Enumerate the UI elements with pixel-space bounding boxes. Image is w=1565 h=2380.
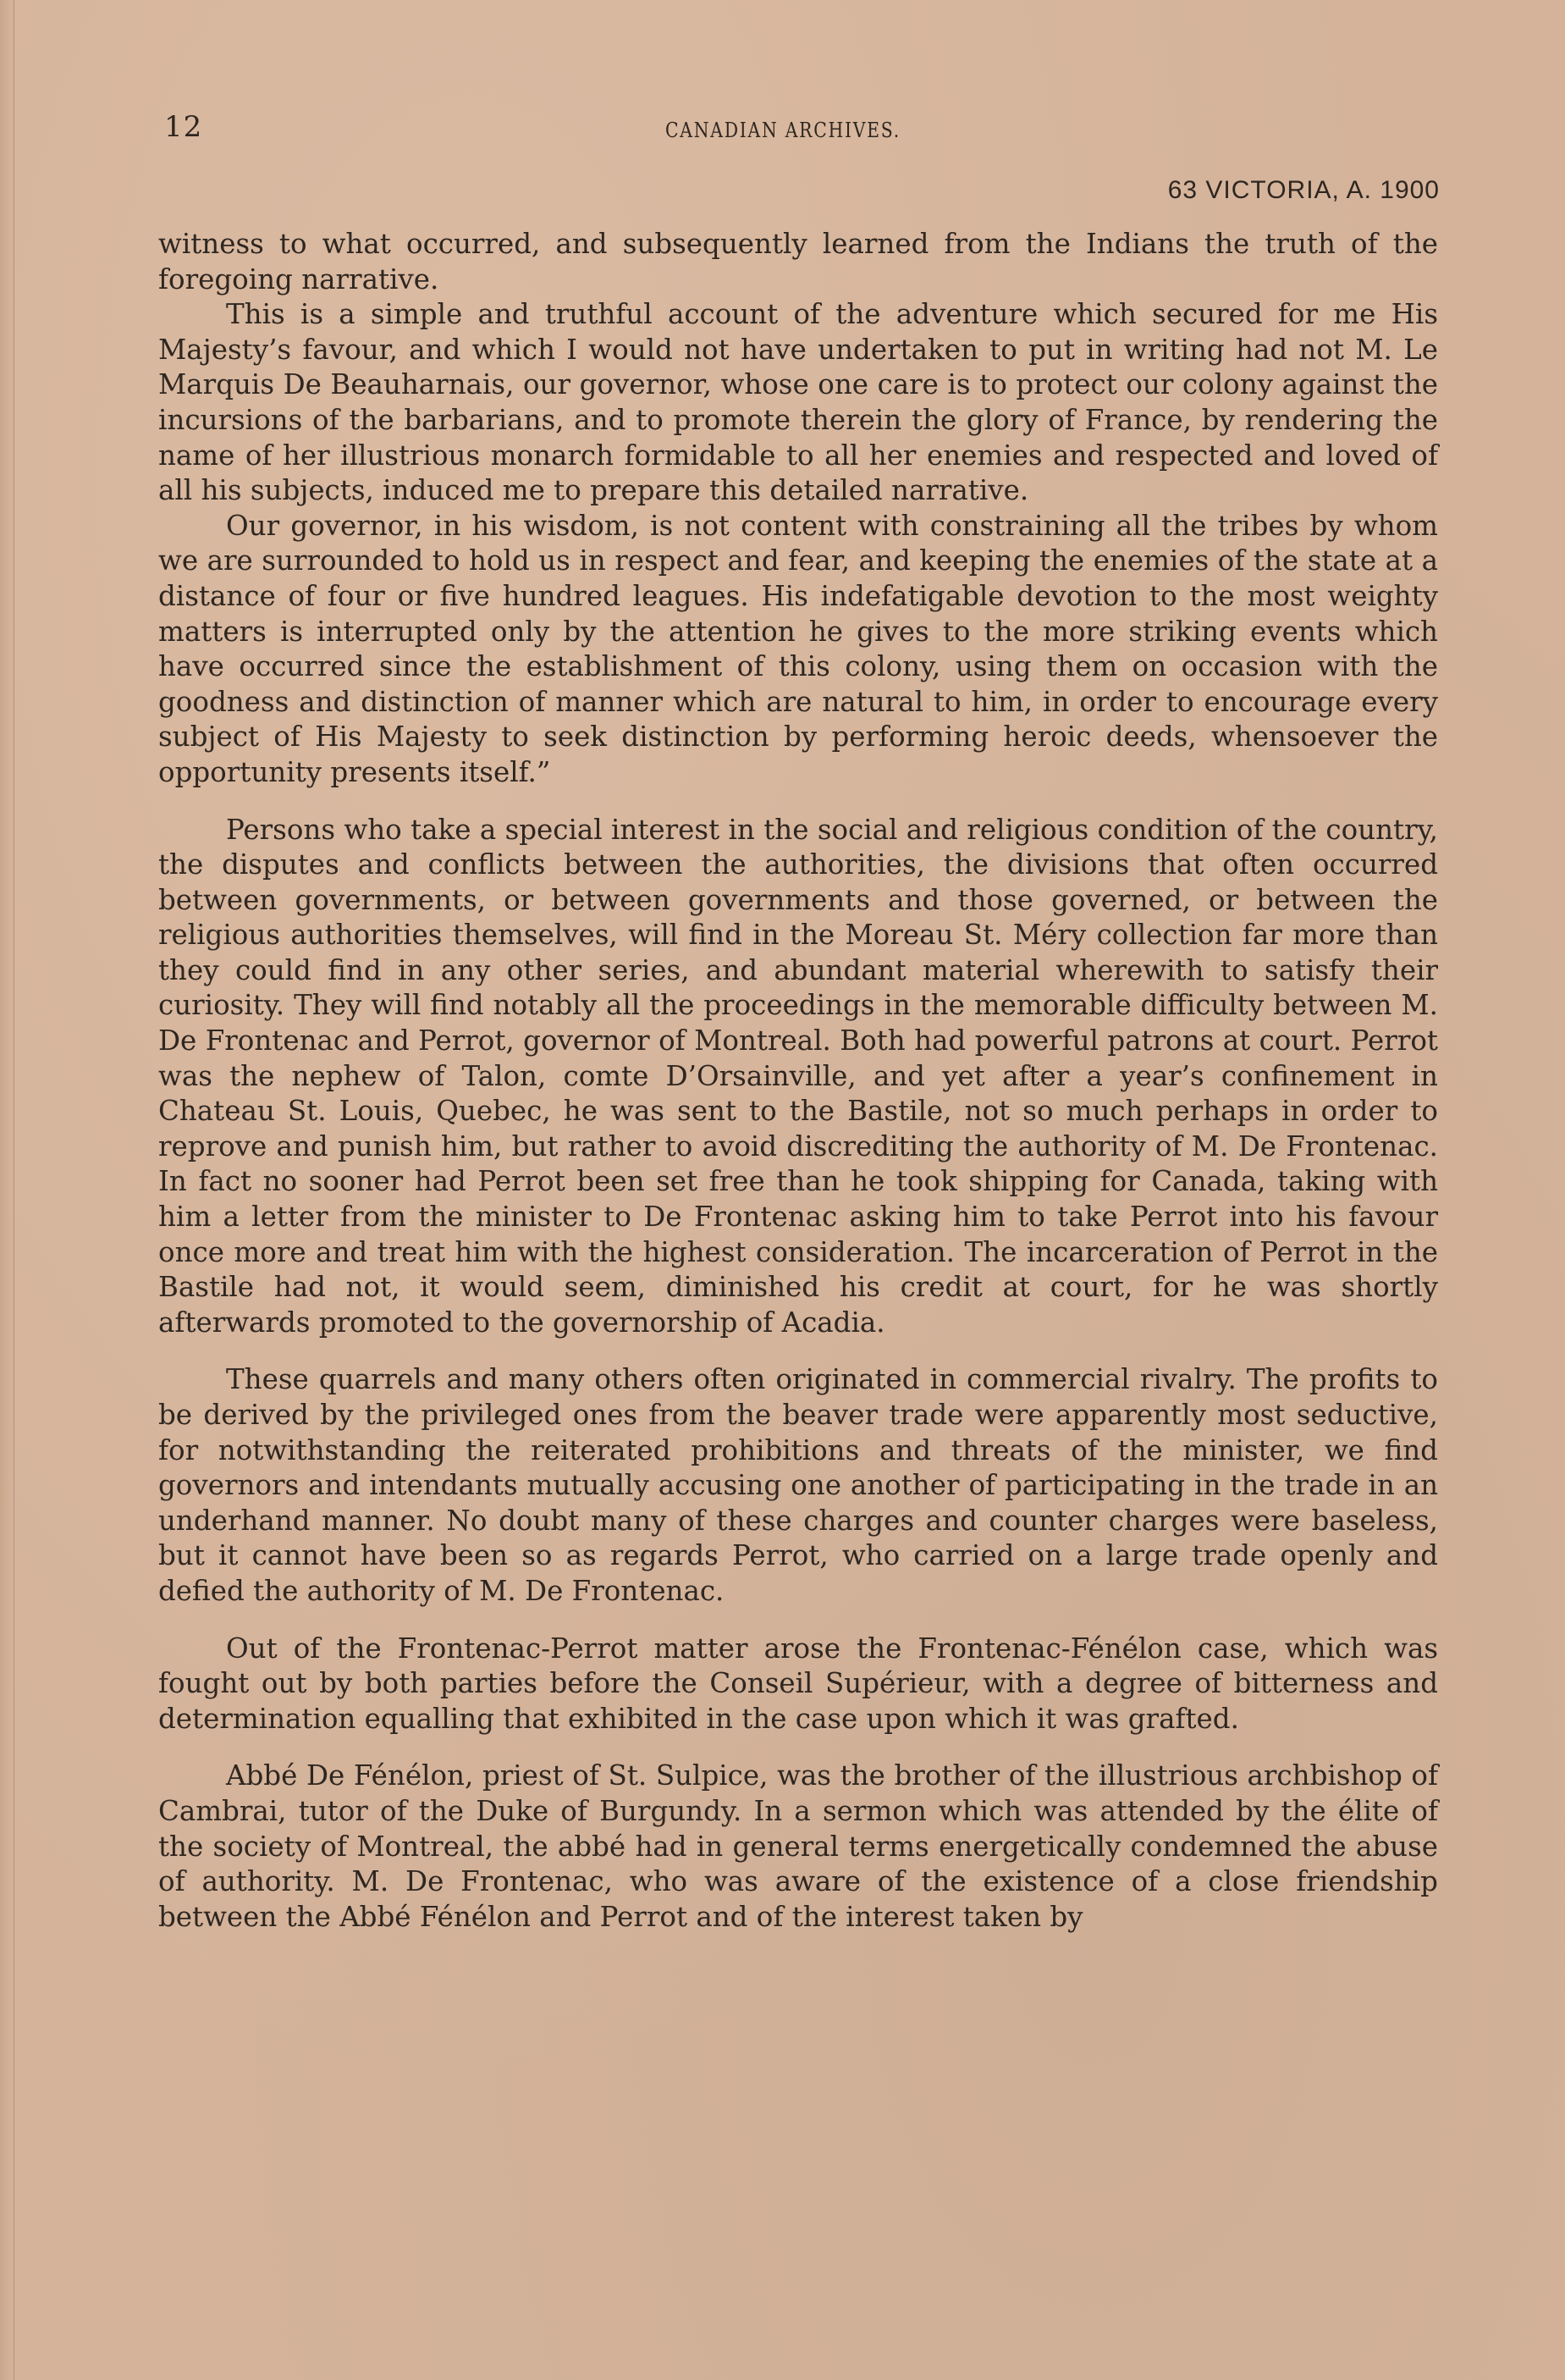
paragraph-continuation: witness to what occurred, and subsequent… xyxy=(158,227,1438,297)
paragraph-frontenac-fenelon: Out of the Frontenac-Perrot matter arose… xyxy=(158,1632,1438,1737)
volume-line: 63 VICTORIA, A. 1900 xyxy=(1168,176,1440,205)
paragraph-abbe-fenelon: Abbé De Fénélon, priest of St. Sulpice, … xyxy=(158,1759,1438,1935)
paragraph-moreau-collection: Persons who take a special interest in t… xyxy=(158,813,1438,1341)
paragraph-simple-account: This is a simple and truthful account of… xyxy=(158,297,1438,509)
body-text: witness to what occurred, and subsequent… xyxy=(158,227,1438,1935)
page-binding-edge xyxy=(0,0,14,2380)
document-page: 12 CANADIAN ARCHIVES. 63 VICTORIA, A. 19… xyxy=(0,0,1565,2380)
page-number: 12 xyxy=(164,110,202,144)
running-title: CANADIAN ARCHIVES. xyxy=(665,119,901,142)
paragraph-our-governor: Our governor, in his wisdom, is not cont… xyxy=(158,509,1438,791)
paragraph-commercial-rivalry: These quarrels and many others often ori… xyxy=(158,1362,1438,1609)
